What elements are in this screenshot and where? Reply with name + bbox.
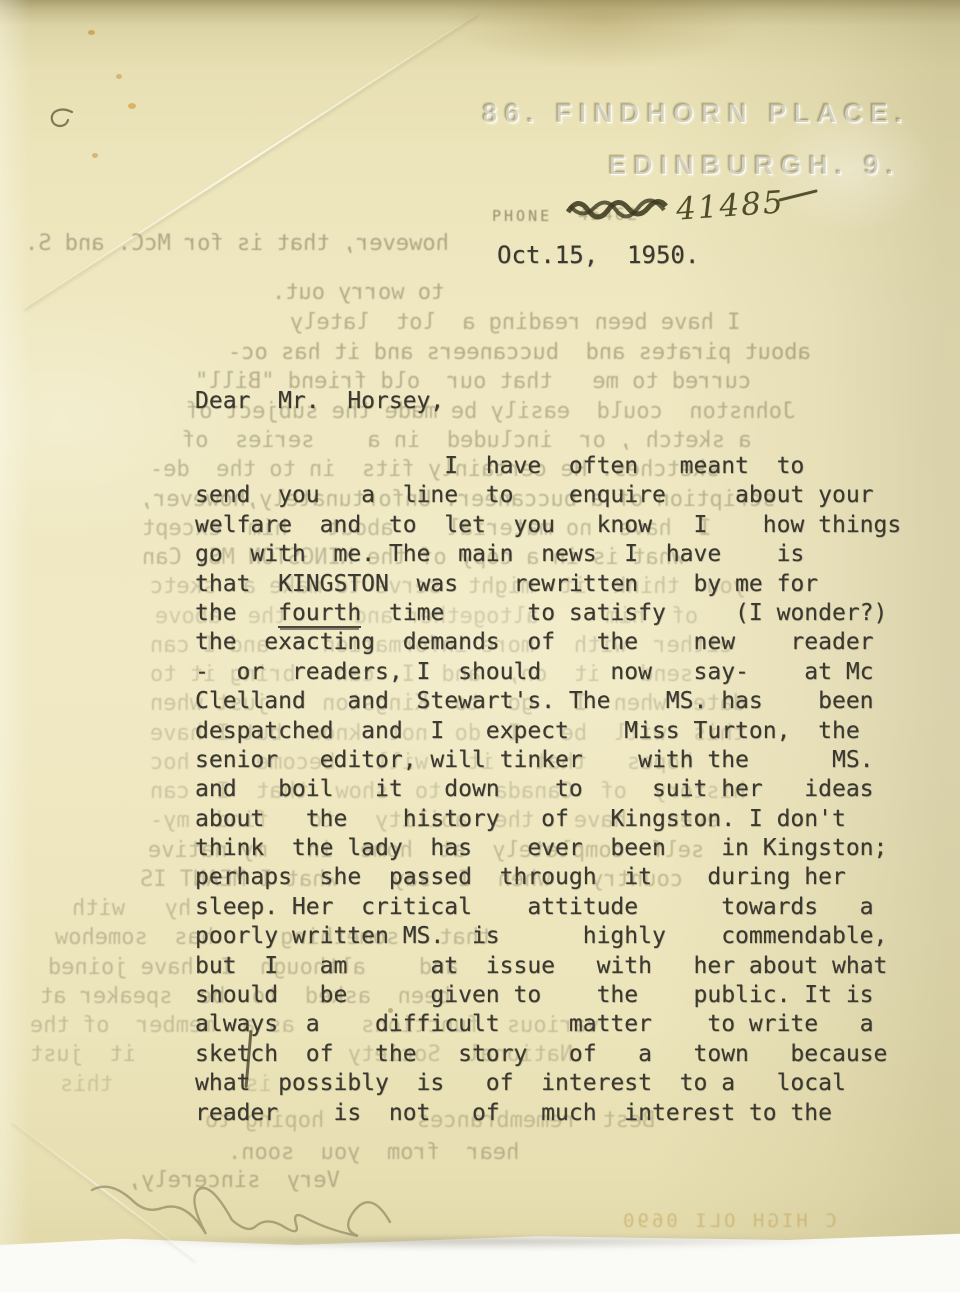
date-line: Oct.15, 1950. bbox=[497, 241, 699, 269]
pen-squiggle-mark bbox=[46, 106, 80, 134]
typed-line: think the lady has ever been in Kingston… bbox=[195, 834, 901, 863]
underlined-word: fourth bbox=[278, 600, 361, 628]
typed-line: sleep. Her critical attitude towards a bbox=[195, 893, 901, 922]
typed-line: what possibly is of interest to a local bbox=[195, 1069, 901, 1098]
letterhead-address-line1: 86. FINDHORN PLACE. bbox=[482, 98, 909, 129]
bleed-through-signature bbox=[70, 1172, 400, 1252]
typed-line: always a difficult matter to write a bbox=[195, 1010, 901, 1039]
typed-line: senior editor, will tinker with the MS. bbox=[195, 746, 901, 775]
typed-line: about the history of Kingston. I don't bbox=[195, 805, 901, 834]
typed-line: perhaps she passed through it during her bbox=[195, 863, 901, 892]
bleed-through-line: hy with bbox=[72, 896, 191, 921]
stain-speck bbox=[116, 74, 122, 79]
typed-line: Clelland and Stewart's. The MS. has been bbox=[195, 687, 901, 716]
typed-line: send you a line to enquire about your bbox=[195, 481, 901, 510]
bleed-through-line: to worry out. bbox=[272, 280, 444, 305]
phone-number-handwritten: 41485 bbox=[675, 184, 786, 227]
typed-line-underlined-fourth: the fourth time to satisfy (I wonder?) bbox=[195, 599, 901, 628]
typed-line: welfare and to let you know I how things bbox=[195, 511, 901, 540]
ink-scribble bbox=[566, 196, 670, 222]
typed-line: the exacting demands of the new reader bbox=[195, 628, 901, 657]
typed-line: go with me. The main news I have is bbox=[195, 540, 901, 569]
bleed-through-line: hear from you soon. bbox=[228, 1140, 519, 1165]
bleed-through-stamp: C HIGH OLI 0690 bbox=[620, 1210, 837, 1232]
bleed-through-line: about pirates and buccaneers and it has … bbox=[228, 340, 811, 365]
typed-line: - or readers, I should now say- at Mc bbox=[195, 658, 901, 687]
salutation: Dear Mr. Horsey, bbox=[195, 388, 444, 414]
typed-line: and boil it down to suit her ideas bbox=[195, 775, 901, 804]
typed-line: despatched and I expect Miss Turton, the bbox=[195, 717, 901, 746]
typed-line: but I am at issue with her about what bbox=[195, 952, 901, 981]
typed-text: time to satisfy (I wonder?) bbox=[361, 600, 887, 626]
letterhead-address-line2: EDINBURGH. 9. bbox=[608, 150, 900, 181]
bleed-through-line: I have been reading a lot lately bbox=[290, 310, 740, 335]
typed-line: that KINGSTON was rewritten by me for bbox=[195, 570, 901, 599]
stain-speck bbox=[88, 30, 95, 35]
bleed-through-line: a sketch , or included in a series of bbox=[182, 428, 752, 453]
scanned-letter: however, that is for McC. and S. to worr… bbox=[0, 0, 960, 1292]
stain-speck bbox=[92, 153, 98, 158]
typed-line: I have often meant to bbox=[195, 452, 901, 481]
typed-line: should be given to the public. It is bbox=[195, 981, 901, 1010]
typed-line: reader is not of much interest to the bbox=[195, 1099, 901, 1128]
letter-body: I have often meant to send you a line to… bbox=[195, 452, 901, 1128]
phone-label: PHONE bbox=[492, 207, 552, 225]
bleed-through-line: however, that is for McC. and S. bbox=[25, 231, 449, 256]
typed-line: sketch of the story of a town because bbox=[195, 1040, 901, 1069]
typed-line: poorly written MS. is highly commendable… bbox=[195, 922, 901, 951]
stain-speck bbox=[128, 103, 136, 109]
typed-text: the bbox=[195, 600, 278, 626]
